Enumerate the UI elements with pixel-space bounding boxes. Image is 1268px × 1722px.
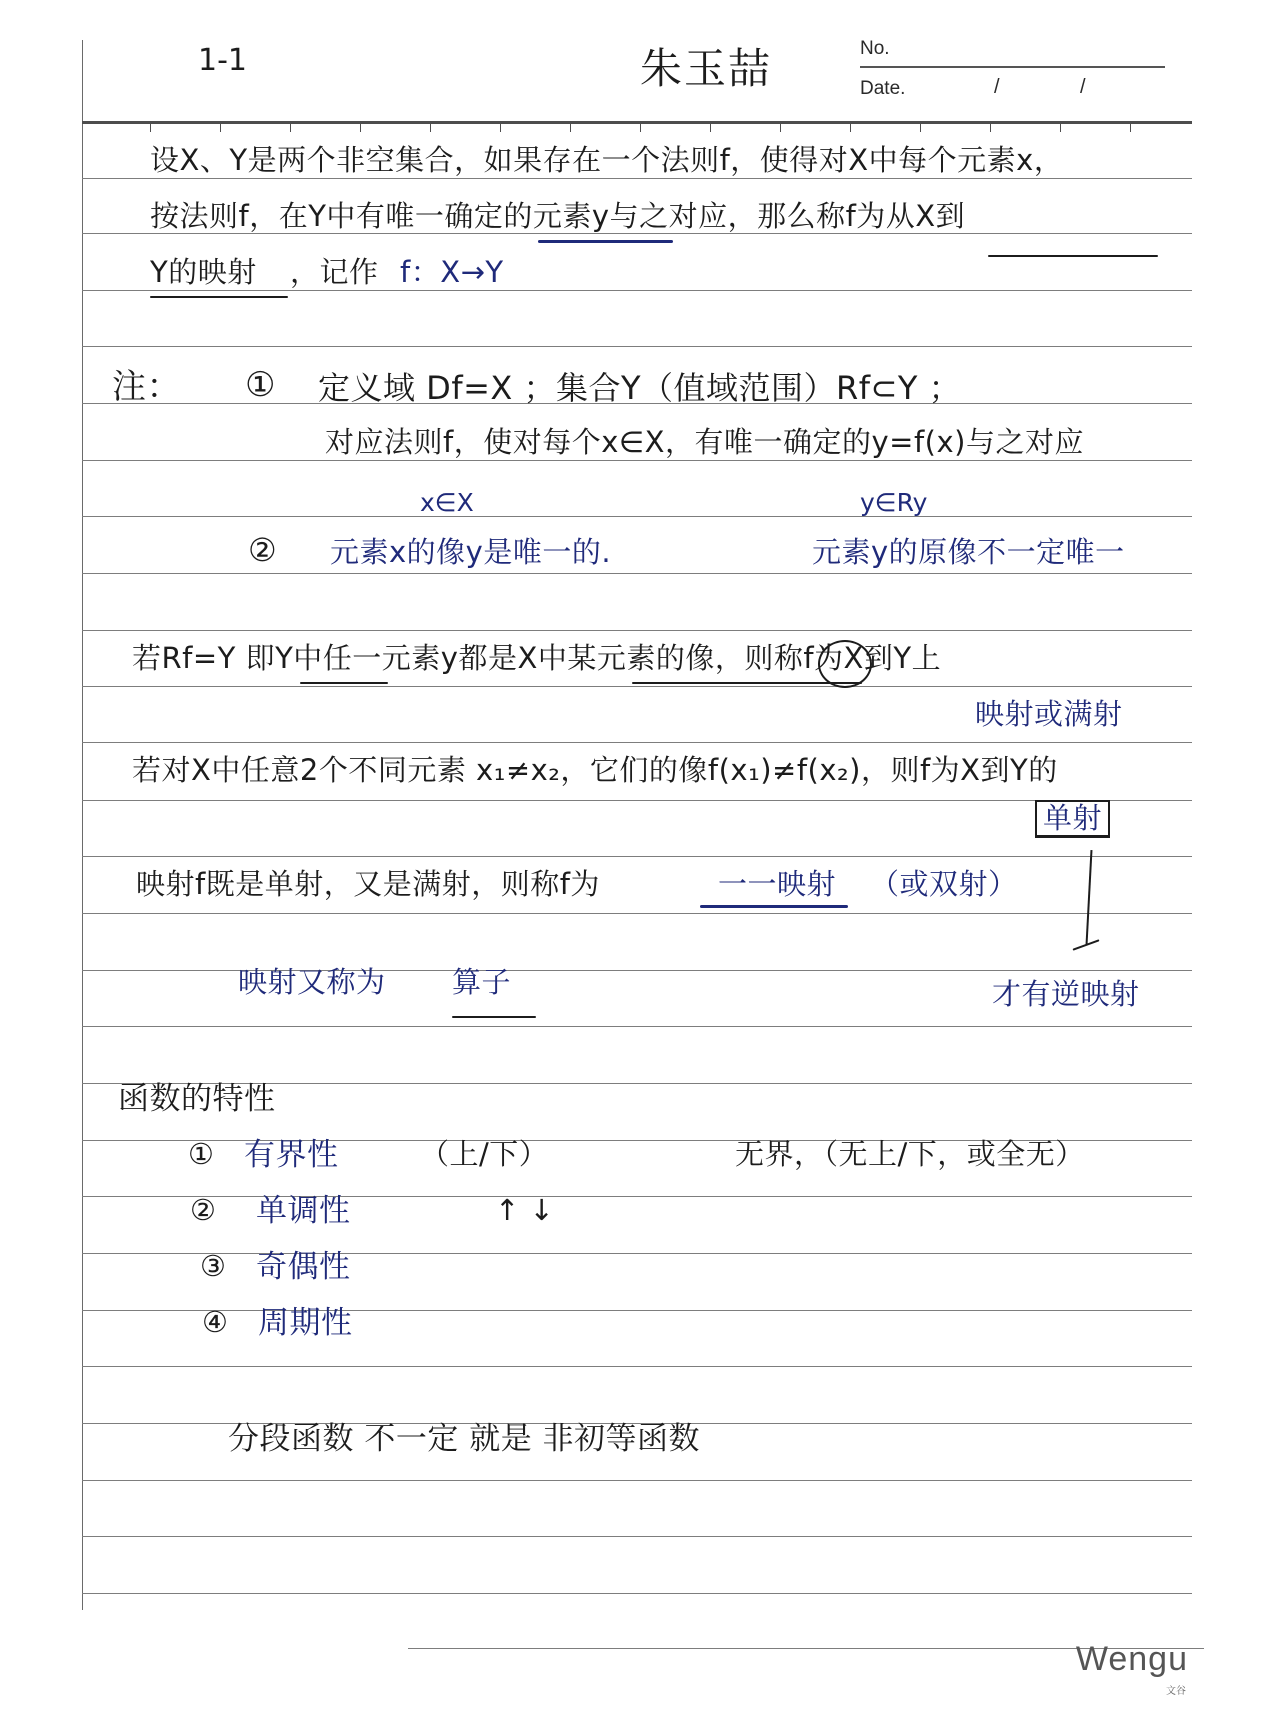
ruled-line	[82, 913, 1192, 914]
definition-line-1: 设X、Y是两个非空集合，如果存在一个法则f，使得对X中每个元素x，	[150, 146, 1063, 175]
bijection-line-part2: （或双射）	[870, 870, 1018, 899]
ruled-line	[82, 346, 1192, 347]
property-2-marker: ②	[190, 1196, 217, 1225]
ruled-line	[82, 1196, 1192, 1197]
ruler-tick	[360, 124, 361, 132]
ruled-line	[82, 290, 1192, 291]
note-2-left: 元素x的像y是唯一的.	[330, 538, 611, 567]
emphasis-underline	[150, 296, 288, 298]
note-2-annotation-right: y∈Ry	[860, 490, 927, 515]
mapping-notation: f：X→Y	[400, 258, 504, 287]
operator-note-underlined: 算子	[452, 968, 511, 997]
bijection-line-part1: 映射f既是单射，又是满射，则称f为	[136, 870, 600, 899]
note-1-line-1: 定义域 Df=X ；集合Y（值域范围）Rf⊂Y ；	[318, 372, 961, 404]
notebook-page: 1-1 朱玉喆 No. Date. / / 设X、Y是两个非空集合，如果存在一个…	[0, 0, 1268, 1722]
wengu-watermark: Wengu	[1076, 1640, 1188, 1679]
header-divider	[82, 121, 1192, 124]
property-1-note-2: 无界，（无上/下，或全无）	[735, 1140, 1085, 1169]
note-2-marker: ②	[248, 534, 277, 566]
definition-line-3a: Y的映射	[150, 258, 257, 287]
no-line	[860, 66, 1165, 68]
properties-title: 函数的特性	[118, 1084, 276, 1115]
ruled-line	[82, 1026, 1192, 1027]
ruler-tick	[290, 124, 291, 132]
ruled-line	[82, 1366, 1192, 1367]
author-name: 朱玉喆	[640, 48, 772, 90]
ruled-line	[82, 1253, 1192, 1254]
ruled-line	[82, 686, 1192, 687]
ruled-line	[82, 1480, 1192, 1481]
ruled-line	[82, 630, 1192, 631]
property-4-marker: ④	[202, 1308, 229, 1337]
note-2-annotation-left: x∈X	[420, 490, 474, 515]
property-3-marker: ③	[200, 1252, 227, 1281]
property-1-marker: ①	[188, 1140, 215, 1169]
property-2-note: ↑ ↓	[495, 1196, 554, 1225]
property-1-note: （上/下）	[420, 1140, 548, 1169]
ruler-tick	[150, 124, 151, 132]
ruler-tick	[1130, 124, 1131, 132]
injection-boxed-label: 单射	[1035, 800, 1110, 838]
note-2-right: 元素y的原像不一定唯一	[812, 538, 1125, 567]
emphasis-overline	[988, 255, 1158, 257]
page-number: 1-1	[198, 46, 247, 76]
ruler-tick	[430, 124, 431, 132]
wengu-watermark-sub: 文谷	[1166, 1682, 1186, 1697]
ruler-tick	[920, 124, 921, 132]
ruled-line	[82, 1536, 1192, 1537]
ruler-tick	[990, 124, 991, 132]
emphasis-underline	[700, 905, 848, 908]
ruler-tick	[1060, 124, 1061, 132]
ruler-tick	[780, 124, 781, 132]
injection-line: 若对X中任意2个不同元素 x₁≠x₂，它们的像f(x₁)≠f(x₂)，则f为X到…	[132, 756, 1058, 785]
ruled-line	[82, 573, 1192, 574]
ruler-tick	[850, 124, 851, 132]
operator-note-part1: 映射又称为	[238, 968, 386, 997]
date-separator: /	[994, 76, 1000, 99]
ruled-line	[82, 460, 1192, 461]
piecewise-note: 分段函数 不一定 就是 非初等函数	[228, 1424, 700, 1455]
definition-line-3b: ，记作	[290, 258, 379, 287]
ruler-tick	[570, 124, 571, 132]
no-label: No.	[860, 38, 890, 60]
circle-mark	[818, 640, 872, 688]
ruled-line	[82, 233, 1192, 234]
emphasis-underline	[538, 240, 673, 243]
bijection-underlined: 一一映射	[718, 870, 836, 899]
note-1-line-2: 对应法则f，使对每个x∈X，有唯一确定的y=f(x)与之对应	[325, 428, 1084, 457]
ruled-line	[82, 516, 1192, 517]
date-separator: /	[1080, 76, 1086, 99]
property-2-label: 单调性	[256, 1196, 351, 1227]
ruled-line	[82, 1310, 1192, 1311]
ruled-line	[82, 1593, 1192, 1594]
property-1-label: 有界性	[244, 1140, 339, 1171]
property-3-label: 奇偶性	[256, 1252, 351, 1283]
surjection-annotation: 映射或满射	[975, 700, 1123, 729]
notes-label: 注：	[112, 370, 181, 404]
ruled-line	[82, 178, 1192, 179]
emphasis-underline	[300, 682, 388, 684]
arrow-down-icon	[1086, 850, 1093, 945]
definition-line-2: 按法则f，在Y中有唯一确定的元素y与之对应，那么称f为从X到	[150, 202, 965, 231]
inverse-mapping-note: 才有逆映射	[992, 980, 1140, 1009]
left-margin-line	[82, 40, 83, 1610]
emphasis-underline	[452, 1016, 536, 1018]
ruler-tick	[220, 124, 221, 132]
ruled-line	[82, 800, 1192, 801]
date-label: Date.	[860, 78, 905, 100]
ruled-line	[82, 856, 1192, 857]
ruler-tick	[640, 124, 641, 132]
ruled-line	[82, 742, 1192, 743]
ruler-tick	[500, 124, 501, 132]
property-4-label: 周期性	[258, 1308, 353, 1339]
ruler-tick	[710, 124, 711, 132]
note-1-marker: ①	[245, 368, 276, 402]
